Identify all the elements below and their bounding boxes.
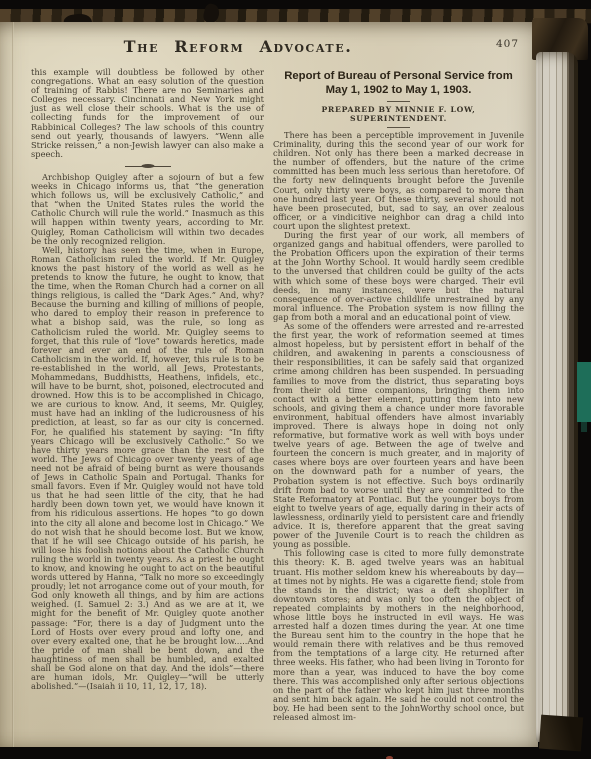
paragraph: this example will doubtless be followed … [31,68,264,159]
journal-title: The Reform Advocate. [124,37,353,56]
article-title-line1: Report of Bureau of Personal Service fro… [273,70,524,84]
byline-rule [387,127,410,128]
right-text-column: Report of Bureau of Personal Service fro… [273,68,524,722]
paragraph: Well, history has seen the time, when in… [31,246,264,692]
paragraph: This following case is cited to more ful… [273,549,524,722]
book-corner-bottom-right [539,715,583,752]
page-number: 407 [496,38,519,50]
book-page: The Reform Advocate. 407 this example wi… [0,22,538,747]
page-fold-crease [12,22,14,747]
article-title: Report of Bureau of Personal Service fro… [273,70,524,97]
paragraph: Archbishop Quigley after a sojourn of bu… [31,173,264,246]
scanned-book-photo: The Reform Advocate. 407 this example wi… [0,0,591,759]
section-divider [125,166,171,167]
paragraph: There has been a perceptible improvement… [273,131,524,231]
paragraph: During the first year of our work, all m… [273,231,524,322]
book-cover-patch [577,362,591,422]
left-text-column: this example will doubtless be followed … [31,68,264,691]
article-title-line2: May 1, 1902 to May 1, 1903. [273,84,524,98]
book-page-edges [536,52,578,742]
paragraph: As some of the offenders were arrested a… [273,322,524,549]
article-byline: PREPARED BY MINNIE F. LOW, SUPERINTENDEN… [273,105,524,123]
title-rule [387,101,410,102]
